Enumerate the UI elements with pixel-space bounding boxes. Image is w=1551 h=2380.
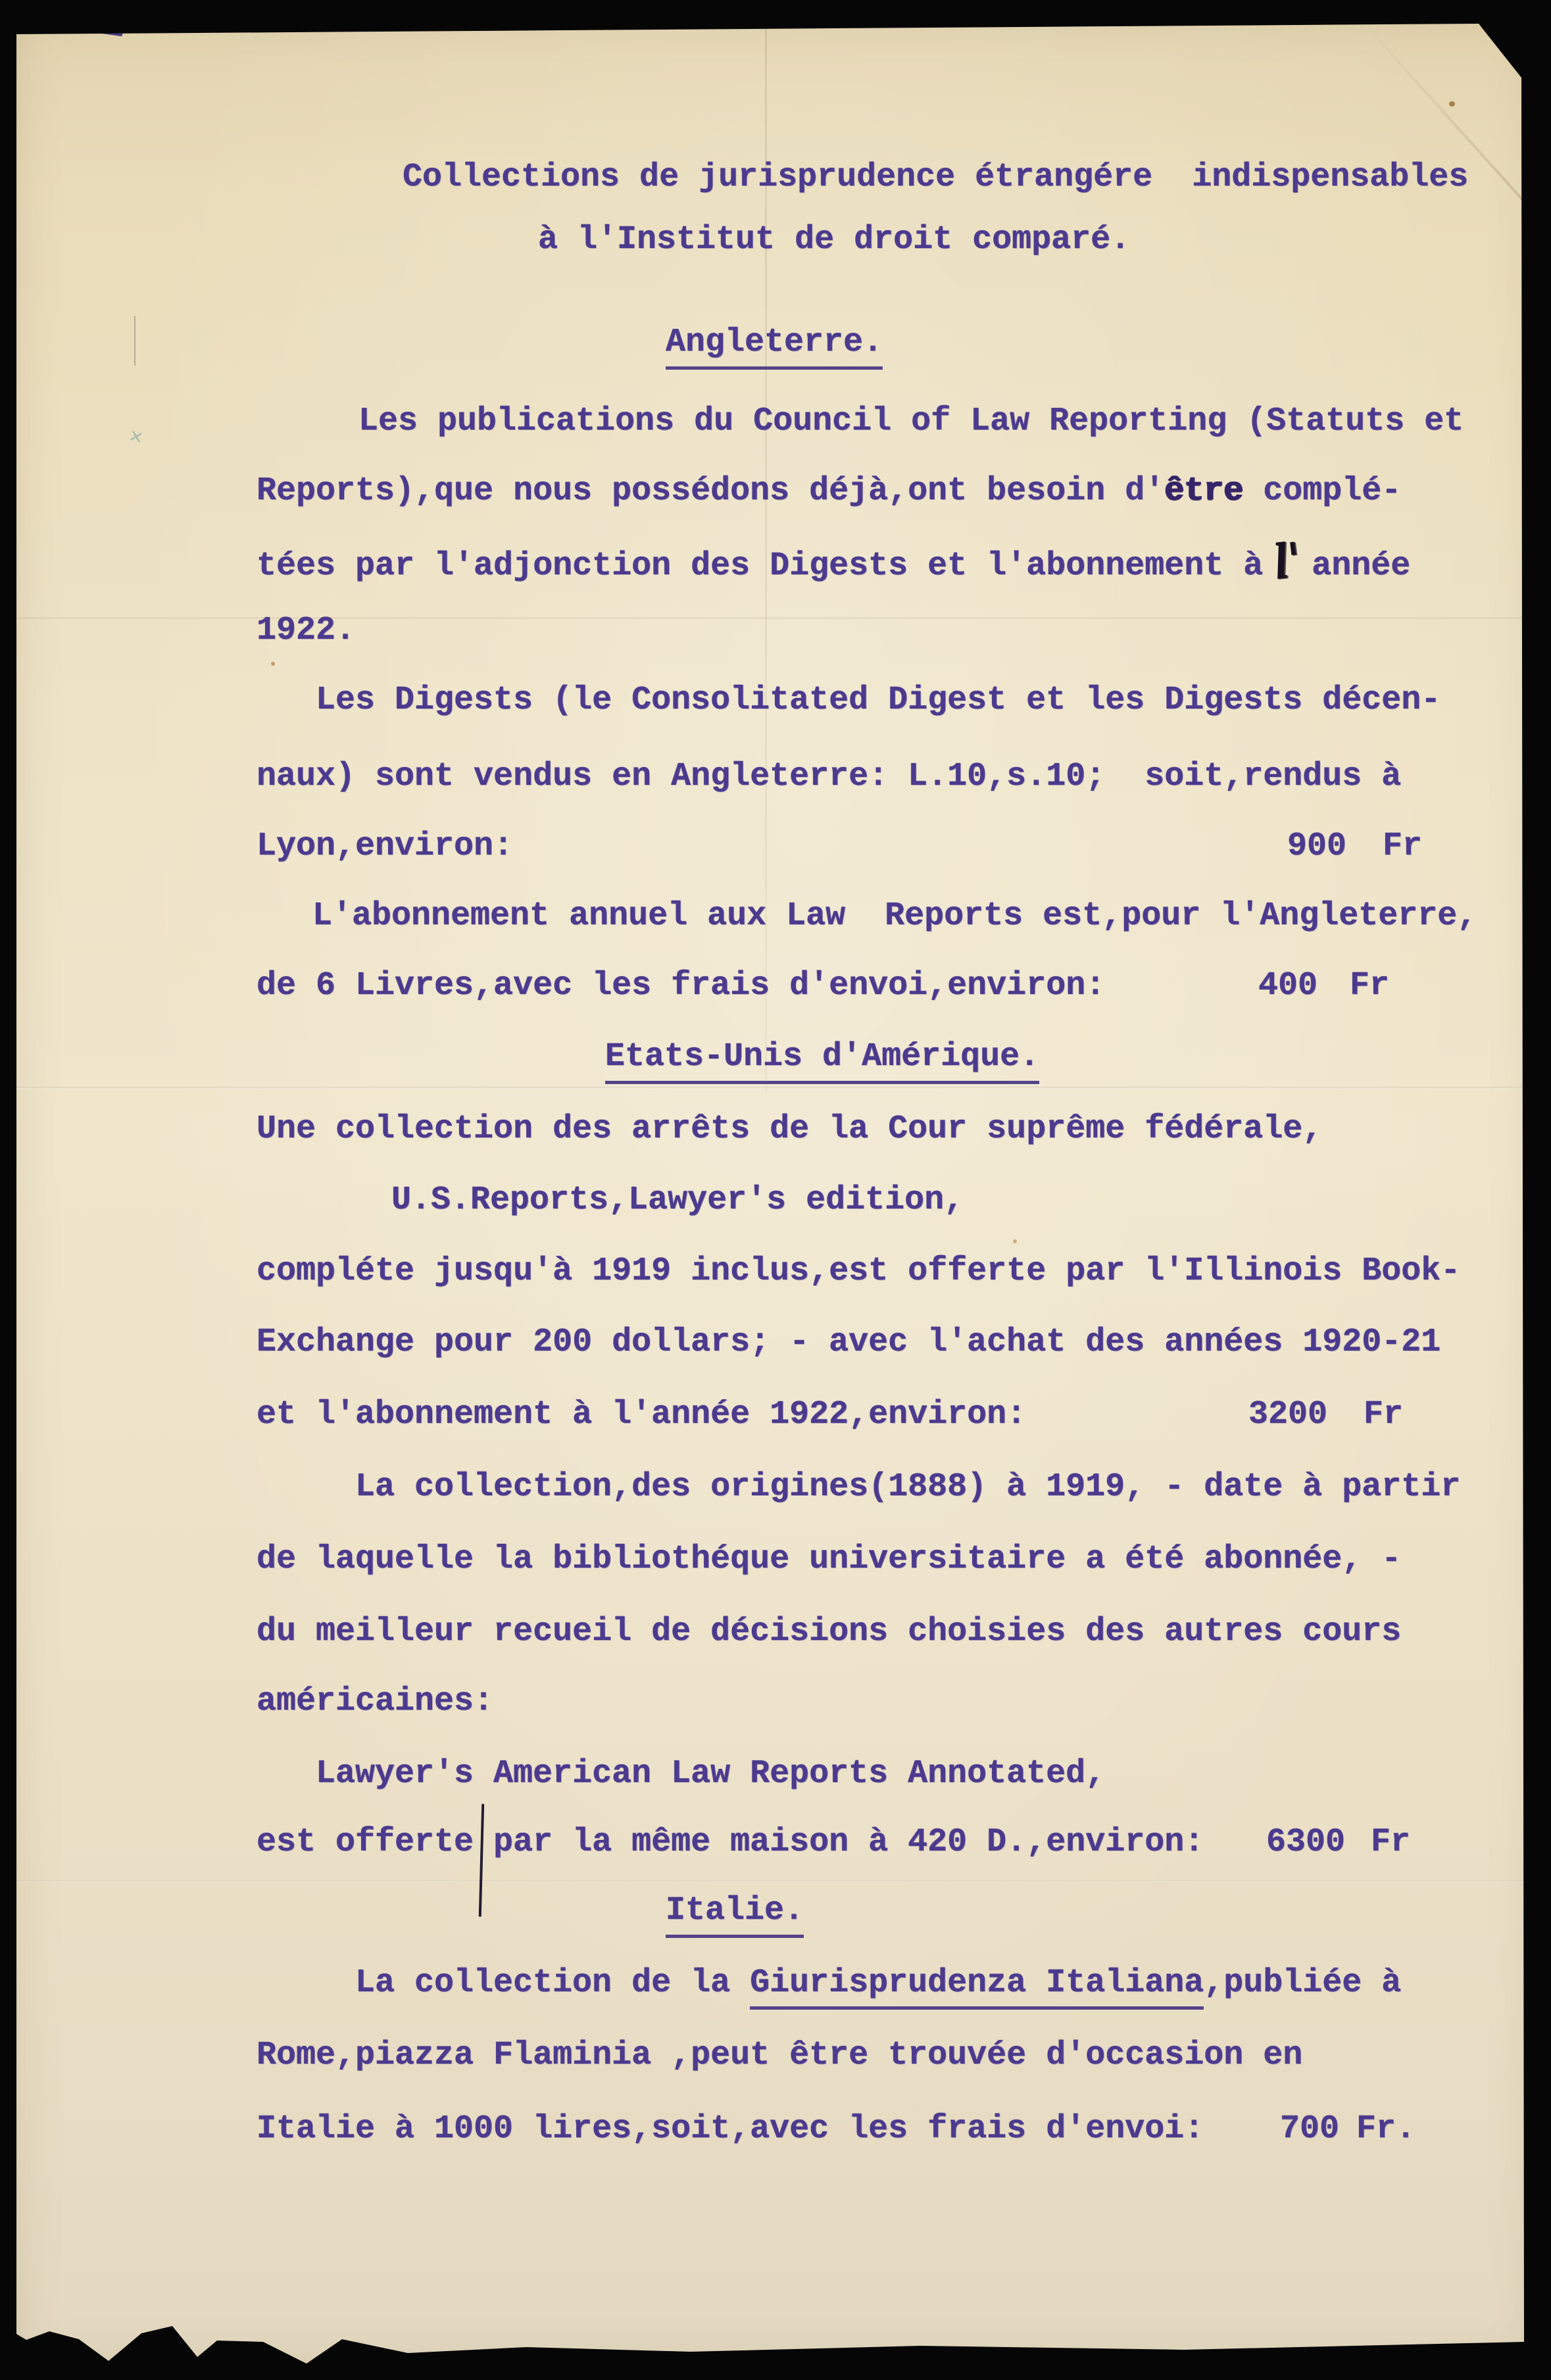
price-unit: Fr: [1371, 1823, 1410, 1862]
underlined-title-giurisprudenza: Giurisprudenza Italiana: [750, 1964, 1204, 2010]
price-value: 700: [1280, 2110, 1339, 2148]
scanned-document: × 2 Collections de jurisprudence étrangé…: [0, 0, 1551, 2380]
price-unit: Fr: [1364, 1396, 1403, 1434]
paragraph-line: du meilleur recueil de décisions choisie…: [257, 1613, 1401, 1651]
paragraph-line: Lawyer's American Law Reports Annotated,: [316, 1755, 1105, 1793]
price-value: 900: [1287, 828, 1346, 866]
line-segment: tées par l'adjonction des Digests et l'a…: [257, 547, 1263, 585]
doc-title-line-1: Collections de jurisprudence étrangére i…: [403, 159, 1468, 197]
line-segment: ,publiée à: [1204, 1964, 1401, 2002]
paragraph-line: U.S.Reports,Lawyer's edition,: [391, 1181, 964, 1220]
blue-margin-mark: ×: [126, 425, 145, 453]
horizontal-fold-line: [16, 1087, 1524, 1089]
paper-stain: [1013, 1239, 1017, 1243]
paragraph-line: Les publications du Council of Law Repor…: [358, 403, 1464, 441]
handwritten-page-number: 2: [101, 0, 133, 46]
paragraph-line: Reports),que nous possédons déjà,ont bes…: [257, 472, 1401, 510]
paragraph-line: Rome,piazza Flaminia ,peut être trouvée …: [257, 2037, 1302, 2075]
paragraph-line: Une collection des arrêts de la Cour sup…: [257, 1110, 1322, 1149]
section-heading-italie: Italie.: [666, 1892, 804, 1938]
paragraph-line: Lyon,environ:: [257, 828, 513, 866]
paper-sheet: × 2 Collections de jurisprudence étrangé…: [0, 0, 1551, 2380]
paragraph-line: Exchange pour 200 dollars; - avec l'acha…: [257, 1324, 1440, 1362]
paragraph-line: naux) sont vendus en Angleterre: L.10,s.…: [257, 758, 1401, 796]
paragraph-line: L'abonnement annuel aux Law Reports est,…: [312, 897, 1477, 935]
price-unit: Fr: [1350, 967, 1389, 1005]
paper-stain: [271, 662, 275, 666]
line-segment: La collection de la: [355, 1964, 750, 2002]
section-heading-angleterre: Angleterre.: [666, 324, 883, 370]
paragraph-line: Italie à 1000 lires,soit,avec les frais …: [257, 2110, 1204, 2148]
paragraph-line: de laquelle la bibliothéque universitair…: [257, 1541, 1401, 1579]
paragraph-line: Les Digests (le Consolitated Digest et l…: [316, 682, 1440, 720]
price-value: 400: [1258, 967, 1317, 1005]
section-heading-italie-text: Italie.: [666, 1892, 804, 1938]
price-value: 6300: [1266, 1823, 1345, 1862]
price-unit: Fr: [1383, 828, 1422, 866]
doc-title-line-2: à l'Institut de droit comparé.: [538, 221, 1130, 259]
paragraph-line: de 6 Livres,avec les frais d'envoi,envir…: [257, 967, 1105, 1005]
paragraph-line: 1922.: [257, 612, 355, 650]
price-value: 3200: [1248, 1396, 1327, 1434]
paragraph-line: est offerte par la même maison à 420 D.,…: [257, 1823, 1204, 1862]
paper-stain: [1449, 101, 1455, 107]
paragraph-line: tées par l'adjonction des Digests et l'a…: [257, 542, 1410, 585]
handwritten-correction: l': [1260, 535, 1314, 588]
paragraph-line: compléte jusqu'à 1919 inclus,est offerte…: [257, 1252, 1460, 1291]
price-unit: Fr.: [1356, 2110, 1416, 2148]
paragraph-line: La collection de la Giurisprudenza Itali…: [355, 1964, 1401, 2002]
line-segment: complé-: [1243, 472, 1401, 510]
paragraph-line: américaines:: [257, 1683, 493, 1721]
pencil-margin-mark: [134, 316, 135, 366]
horizontal-crease-lower: [16, 1880, 1524, 1882]
section-heading-etats-unis-text: Etats-Unis d'Amérique.: [605, 1038, 1039, 1084]
section-heading-angleterre-text: Angleterre.: [666, 324, 883, 370]
section-heading-etats-unis: Etats-Unis d'Amérique.: [605, 1038, 1039, 1084]
horizontal-crease-upper: [16, 617, 1524, 619]
line-segment: Reports),que nous possédons déjà,ont bes…: [257, 472, 1164, 510]
paragraph-line: et l'abonnement à l'année 1922,environ:: [257, 1396, 1026, 1434]
paragraph-line: La collection,des origines(1888) à 1919,…: [355, 1468, 1460, 1506]
overtyped-word: être: [1164, 472, 1243, 510]
line-segment: année: [1312, 547, 1410, 585]
